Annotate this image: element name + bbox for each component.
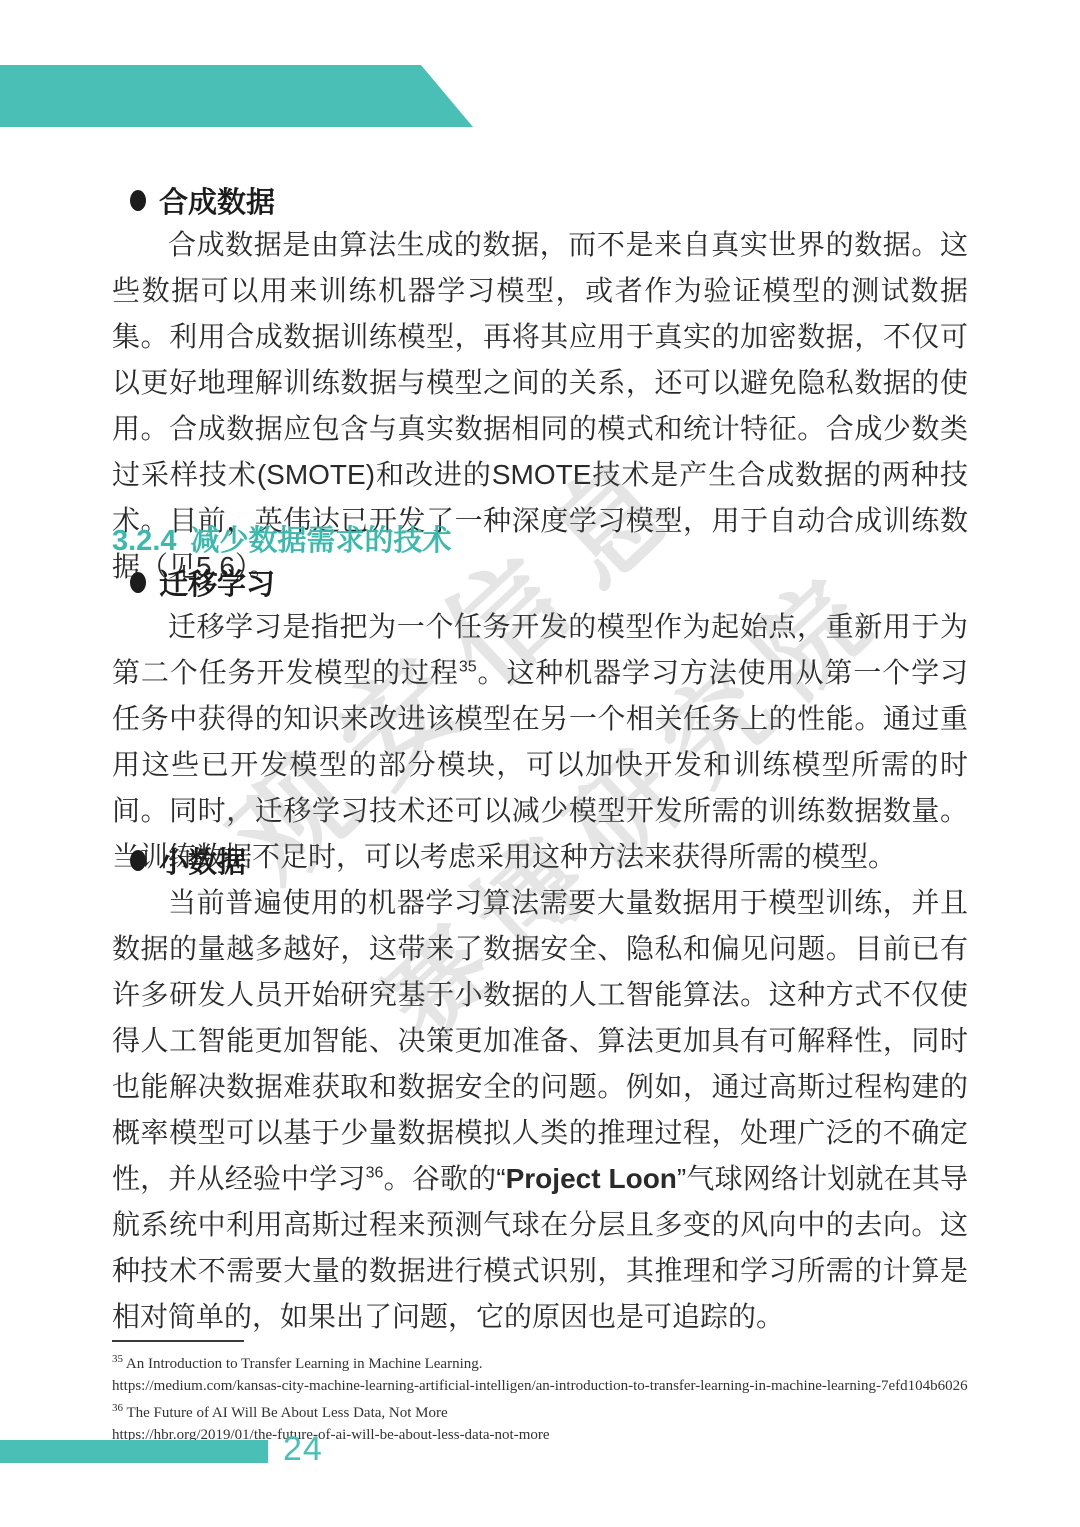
- bullet-dot-icon: [130, 572, 146, 593]
- footnotes-block: 35 An Introduction to Transfer Learning …: [112, 1348, 972, 1446]
- footnote-35-url: https://medium.com/kansas-city-machine-l…: [112, 1375, 972, 1397]
- bullet-dot-icon: [130, 850, 146, 871]
- paragraph-transfer-learning: 迁移学习是指把为一个任务开发的模型作为起始点，重新用于为第二个任务开发模型的过程…: [112, 604, 968, 880]
- paragraph-small-data: 当前普遍使用的机器学习算法需要大量数据用于模型训练，并且数据的量越多越好，这带来…: [112, 880, 968, 1340]
- bullet-heading-transfer-learning: 迁移学习: [130, 562, 275, 603]
- paragraph-text: 当前普遍使用的机器学习算法需要大量数据用于模型训练，并且数据的量越多越好，这带来…: [112, 887, 968, 1194]
- paragraph-text: 。谷歌的“: [383, 1163, 505, 1194]
- bullet-heading-small-data: 小数据: [130, 840, 246, 881]
- project-loon-term: Project Loon: [506, 1163, 677, 1194]
- footnote-number: 36: [112, 1402, 123, 1414]
- heading-label: 小数据: [159, 840, 246, 881]
- bottom-accent-band: [0, 1440, 268, 1463]
- footnote-ref-35: 35: [459, 659, 477, 676]
- section-number: 3.2.4: [112, 525, 177, 557]
- footnote-text: The Future of AI Will Be About Less Data…: [123, 1405, 448, 1421]
- top-accent-band: [0, 65, 473, 127]
- heading-label: 合成数据: [159, 180, 275, 221]
- heading-label: 迁移学习: [159, 562, 275, 603]
- footnote-ref-36: 36: [366, 1165, 384, 1182]
- section-heading-324: 3.2.4减少数据需求的技术: [112, 518, 452, 559]
- footnote-divider: [112, 1340, 244, 1342]
- page-number: 24: [283, 1430, 323, 1469]
- footnote-36: 36 The Future of AI Will Be About Less D…: [112, 1397, 972, 1424]
- section-title: 减少数据需求的技术: [191, 525, 452, 557]
- document-page: 观安信息 赛博研究院 合成数据 合成数据是由算法生成的数据，而不是来自真实世界的…: [0, 0, 1080, 1527]
- footnote-text: An Introduction to Transfer Learning in …: [123, 1356, 483, 1372]
- bullet-heading-synthetic-data: 合成数据: [130, 180, 275, 221]
- footnote-35: 35 An Introduction to Transfer Learning …: [112, 1348, 972, 1375]
- footnote-number: 35: [112, 1353, 123, 1365]
- bullet-dot-icon: [130, 190, 146, 211]
